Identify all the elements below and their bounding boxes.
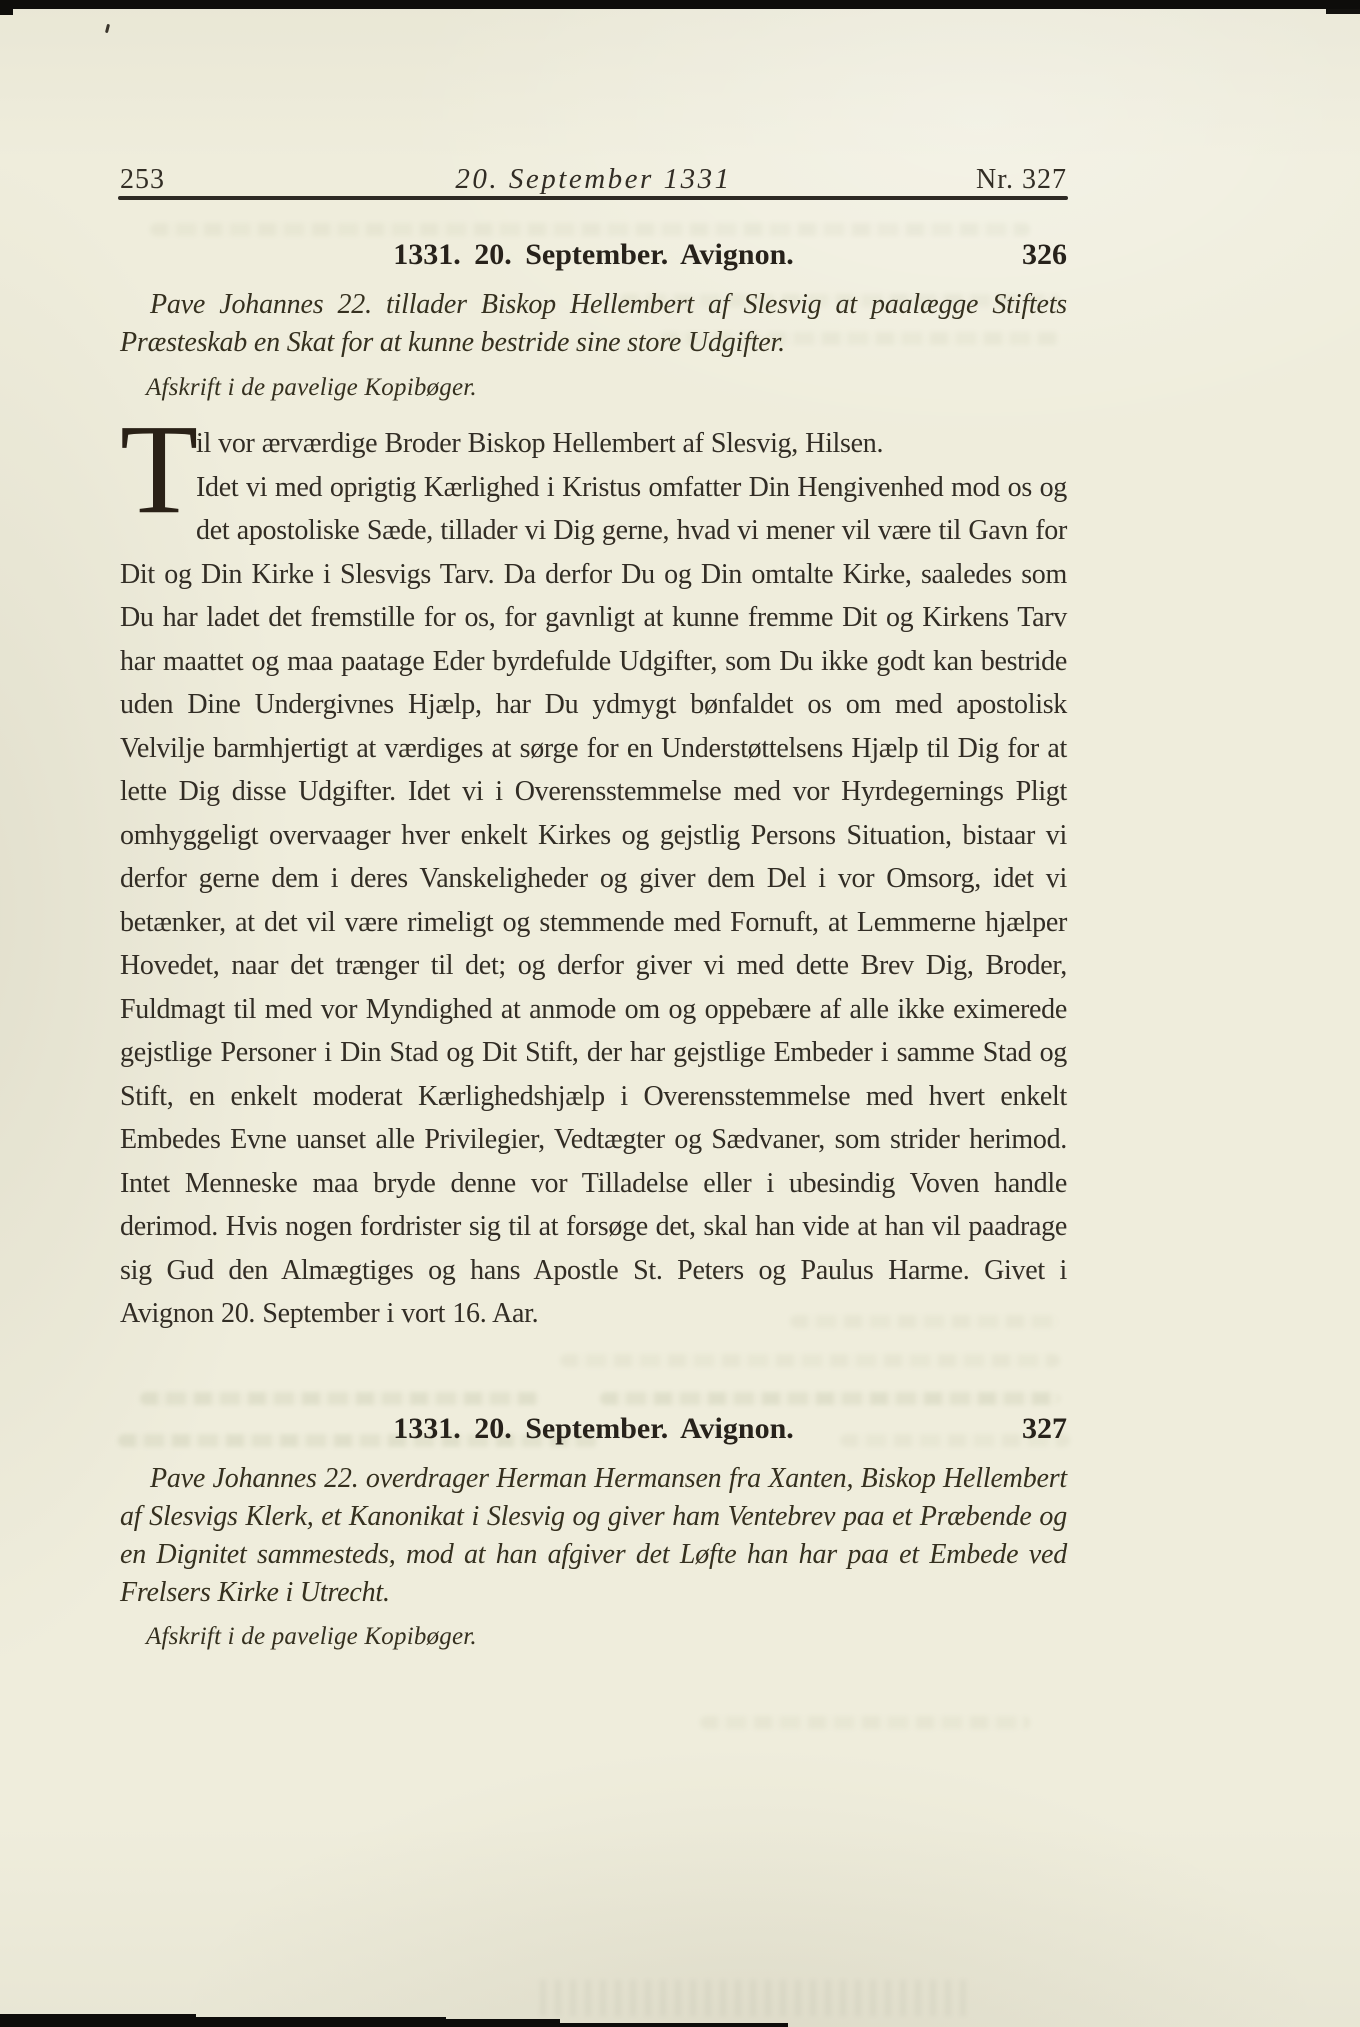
scan-border-bottom bbox=[196, 2017, 446, 2027]
ink-speck bbox=[105, 24, 110, 33]
entry-summary: Pave Johannes 22. overdrager Herman Herm… bbox=[120, 1460, 1067, 1612]
show-through-ghost bbox=[150, 223, 1030, 236]
scan-border-bottom bbox=[0, 2014, 196, 2027]
show-through-ghost bbox=[560, 1354, 1060, 1367]
entry-source-note: Afskrift i de pavelige Kopibøger. bbox=[146, 1623, 477, 1651]
entry-326-heading-row: 1331. 20. September. Avignon. 326 bbox=[120, 238, 1067, 274]
show-through-ghost bbox=[140, 1392, 540, 1405]
show-through-ghost bbox=[600, 1392, 1060, 1405]
entry-327-heading-row: 1331. 20. September. Avignon. 327 bbox=[120, 1412, 1067, 1448]
scanned-book-page: 253 20. September 1331 Nr. 327 1331. 20.… bbox=[0, 0, 1360, 2027]
entry-number: 326 bbox=[1022, 238, 1067, 272]
letter-body: Til vor ærværdige Broder Biskop Hellembe… bbox=[120, 422, 1067, 1336]
entry-number: 327 bbox=[1022, 1412, 1067, 1446]
entry-heading: 1331. 20. September. Avignon. bbox=[120, 238, 1067, 272]
entry-heading: 1331. 20. September. Avignon. bbox=[120, 1412, 1067, 1446]
scan-border-bottom bbox=[560, 2023, 788, 2027]
scan-noise bbox=[540, 1980, 970, 2016]
running-entry-number: Nr. 327 bbox=[976, 164, 1067, 196]
body-text: Idet vi med oprigtig Kærlighed i Kristus… bbox=[120, 472, 1067, 1330]
header-rule bbox=[118, 196, 1068, 200]
scan-border-top bbox=[0, 0, 1360, 9]
salutation-line: il vor ærværdige Broder Biskop Hellember… bbox=[196, 428, 883, 459]
drop-cap-initial: T bbox=[120, 426, 186, 516]
scan-border-bottom bbox=[446, 2019, 560, 2027]
running-date: 20. September 1331 bbox=[120, 163, 1067, 196]
show-through-ghost bbox=[700, 1716, 1030, 1729]
running-header: 253 20. September 1331 Nr. 327 bbox=[120, 162, 1067, 196]
entry-summary: Pave Johannes 22. tillader Biskop Hellem… bbox=[120, 286, 1067, 362]
